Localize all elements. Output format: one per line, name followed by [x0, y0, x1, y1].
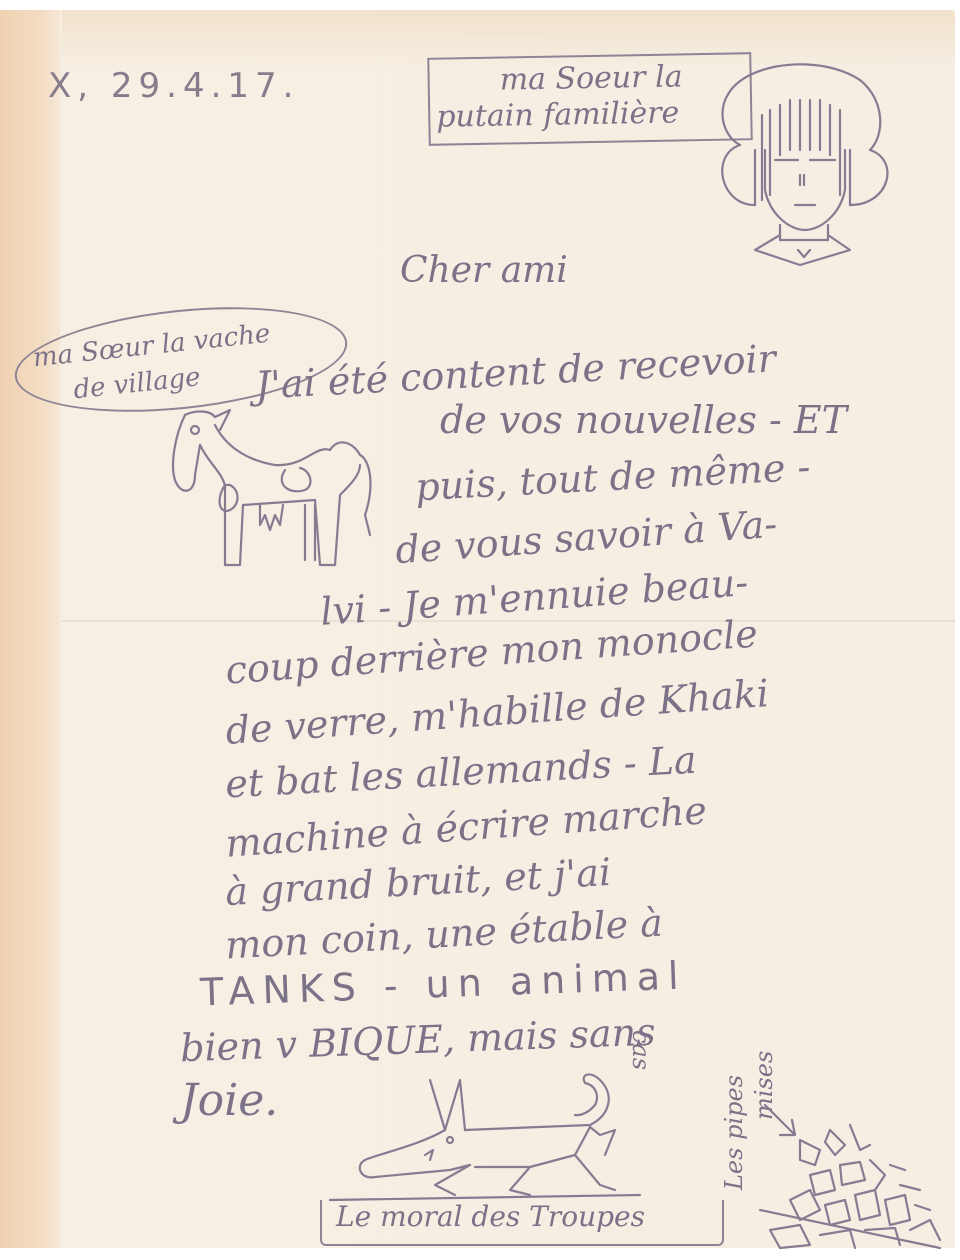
top-caption-line-2: putain familière [436, 95, 680, 134]
woman-portrait-drawing [700, 55, 900, 265]
dog-drawing [330, 1055, 650, 1205]
body-line-14: Joie. [180, 1075, 278, 1126]
dog-annotation: cas [627, 1030, 655, 1070]
pile-of-pipes-drawing [730, 1090, 960, 1250]
body-line-2: de vos nouvelles - ET [440, 398, 847, 442]
bottom-caption: Le moral des Troupes [336, 1200, 645, 1233]
date-line: X, 29.4.17. [48, 66, 300, 106]
greeting: Cher ami [400, 250, 568, 291]
top-caption-line-1: ma Soeur la [499, 59, 683, 97]
bottom-caption-box: Le moral des Troupes [320, 1200, 724, 1246]
left-caption-line-2: de village [72, 362, 202, 405]
cow-drawing [165, 405, 385, 575]
